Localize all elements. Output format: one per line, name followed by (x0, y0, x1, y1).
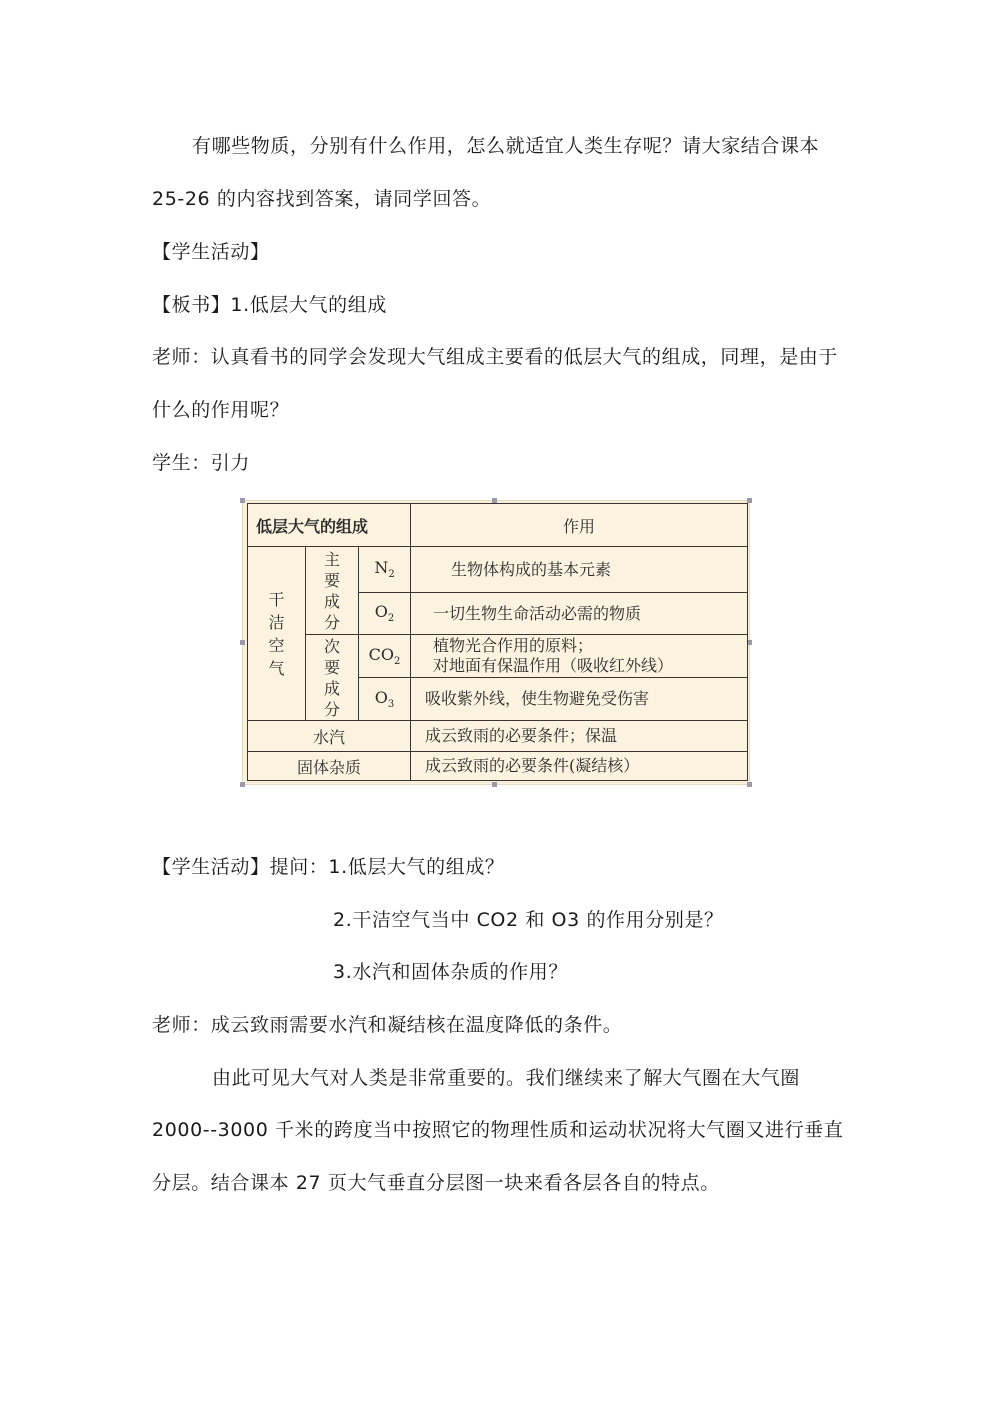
effect-n2: 生物体构成的基本元素 (411, 547, 748, 593)
board-heading: 【板书】1.低层大气的组成 (152, 293, 387, 317)
paragraph-line: 有哪些物质，分别有什么作用，怎么就适宜人类生存呢？请大家结合课本 (192, 134, 819, 158)
question-1: 【学生活动】提问：1.低层大气的组成？ (152, 855, 505, 879)
table-header-row: 低层大气的组成 作用 (248, 504, 748, 547)
table-row: 干 洁 空 气 主 要 成 分 N2 生物体构成的基本元素 (248, 547, 748, 593)
minor-components-label: 次 要 成 分 (306, 635, 359, 721)
resize-handle[interactable] (747, 782, 752, 787)
effect-co2: 植物光合作用的原料； 对地面有保温作用（吸收红外线） (411, 635, 748, 678)
teacher-line: 老师：成云致雨需要水汽和凝结核在温度降低的条件。 (152, 1013, 622, 1037)
student-activity-label: 【学生活动】 (152, 240, 270, 264)
composition-table: 低层大气的组成 作用 干 洁 空 气 主 要 成 分 N2 生物体构成的基本元素 (247, 503, 748, 781)
student-answer: 学生：引力 (152, 451, 250, 475)
chem-co2: CO2 (359, 635, 411, 678)
chem-o2: O2 (359, 593, 411, 635)
paragraph-line: 由此可见大气对人类是非常重要的。我们继续来了解大气圈在大气圈 (212, 1066, 800, 1090)
header-effect: 作用 (411, 504, 748, 547)
solid-impurities-effect: 成云致雨的必要条件(凝结核） (411, 752, 748, 781)
effect-o3: 吸收紫外线，使生物避免受伤害 (411, 678, 748, 721)
resize-handle[interactable] (240, 498, 245, 503)
paragraph-line: 2000--3000 千米的跨度当中按照它的物理性质和运动状况将大气圈又进行垂直 (152, 1118, 843, 1142)
water-vapor-effect: 成云致雨的必要条件；保温 (411, 721, 748, 752)
chem-n2: N2 (359, 547, 411, 593)
table-row: 固体杂质 成云致雨的必要条件(凝结核） (248, 752, 748, 781)
atmosphere-composition-table-image[interactable]: 低层大气的组成 作用 干 洁 空 气 主 要 成 分 N2 生物体构成的基本元素 (242, 500, 750, 785)
question-3: 3.水汽和固体杂质的作用？ (333, 960, 568, 984)
table-row: 水汽 成云致雨的必要条件；保温 (248, 721, 748, 752)
resize-handle[interactable] (240, 782, 245, 787)
major-components-label: 主 要 成 分 (306, 547, 359, 635)
water-vapor-label: 水汽 (248, 721, 411, 752)
solid-impurities-label: 固体杂质 (248, 752, 411, 781)
table-row: 次 要 成 分 CO2 植物光合作用的原料； 对地面有保温作用（吸收红外线） (248, 635, 748, 678)
resize-handle[interactable] (240, 640, 245, 645)
teacher-line: 什么的作用呢？ (152, 398, 289, 422)
effect-o2: 一切生物生命活动必需的物质 (411, 593, 748, 635)
header-composition: 低层大气的组成 (248, 504, 411, 547)
resize-handle[interactable] (492, 782, 497, 787)
paragraph-line: 25-26 的内容找到答案，请同学回答。 (152, 187, 491, 211)
chem-o3: O3 (359, 678, 411, 721)
question-2: 2.干洁空气当中 CO2 和 O3 的作用分别是？ (333, 908, 724, 932)
teacher-line: 老师：认真看书的同学会发现大气组成主要看的低层大气的组成，同理，是由于 (152, 345, 838, 369)
paragraph-line: 分层。结合课本 27 页大气垂直分层图一块来看各层各自的特点。 (152, 1171, 720, 1195)
dry-air-label: 干 洁 空 气 (248, 547, 306, 721)
